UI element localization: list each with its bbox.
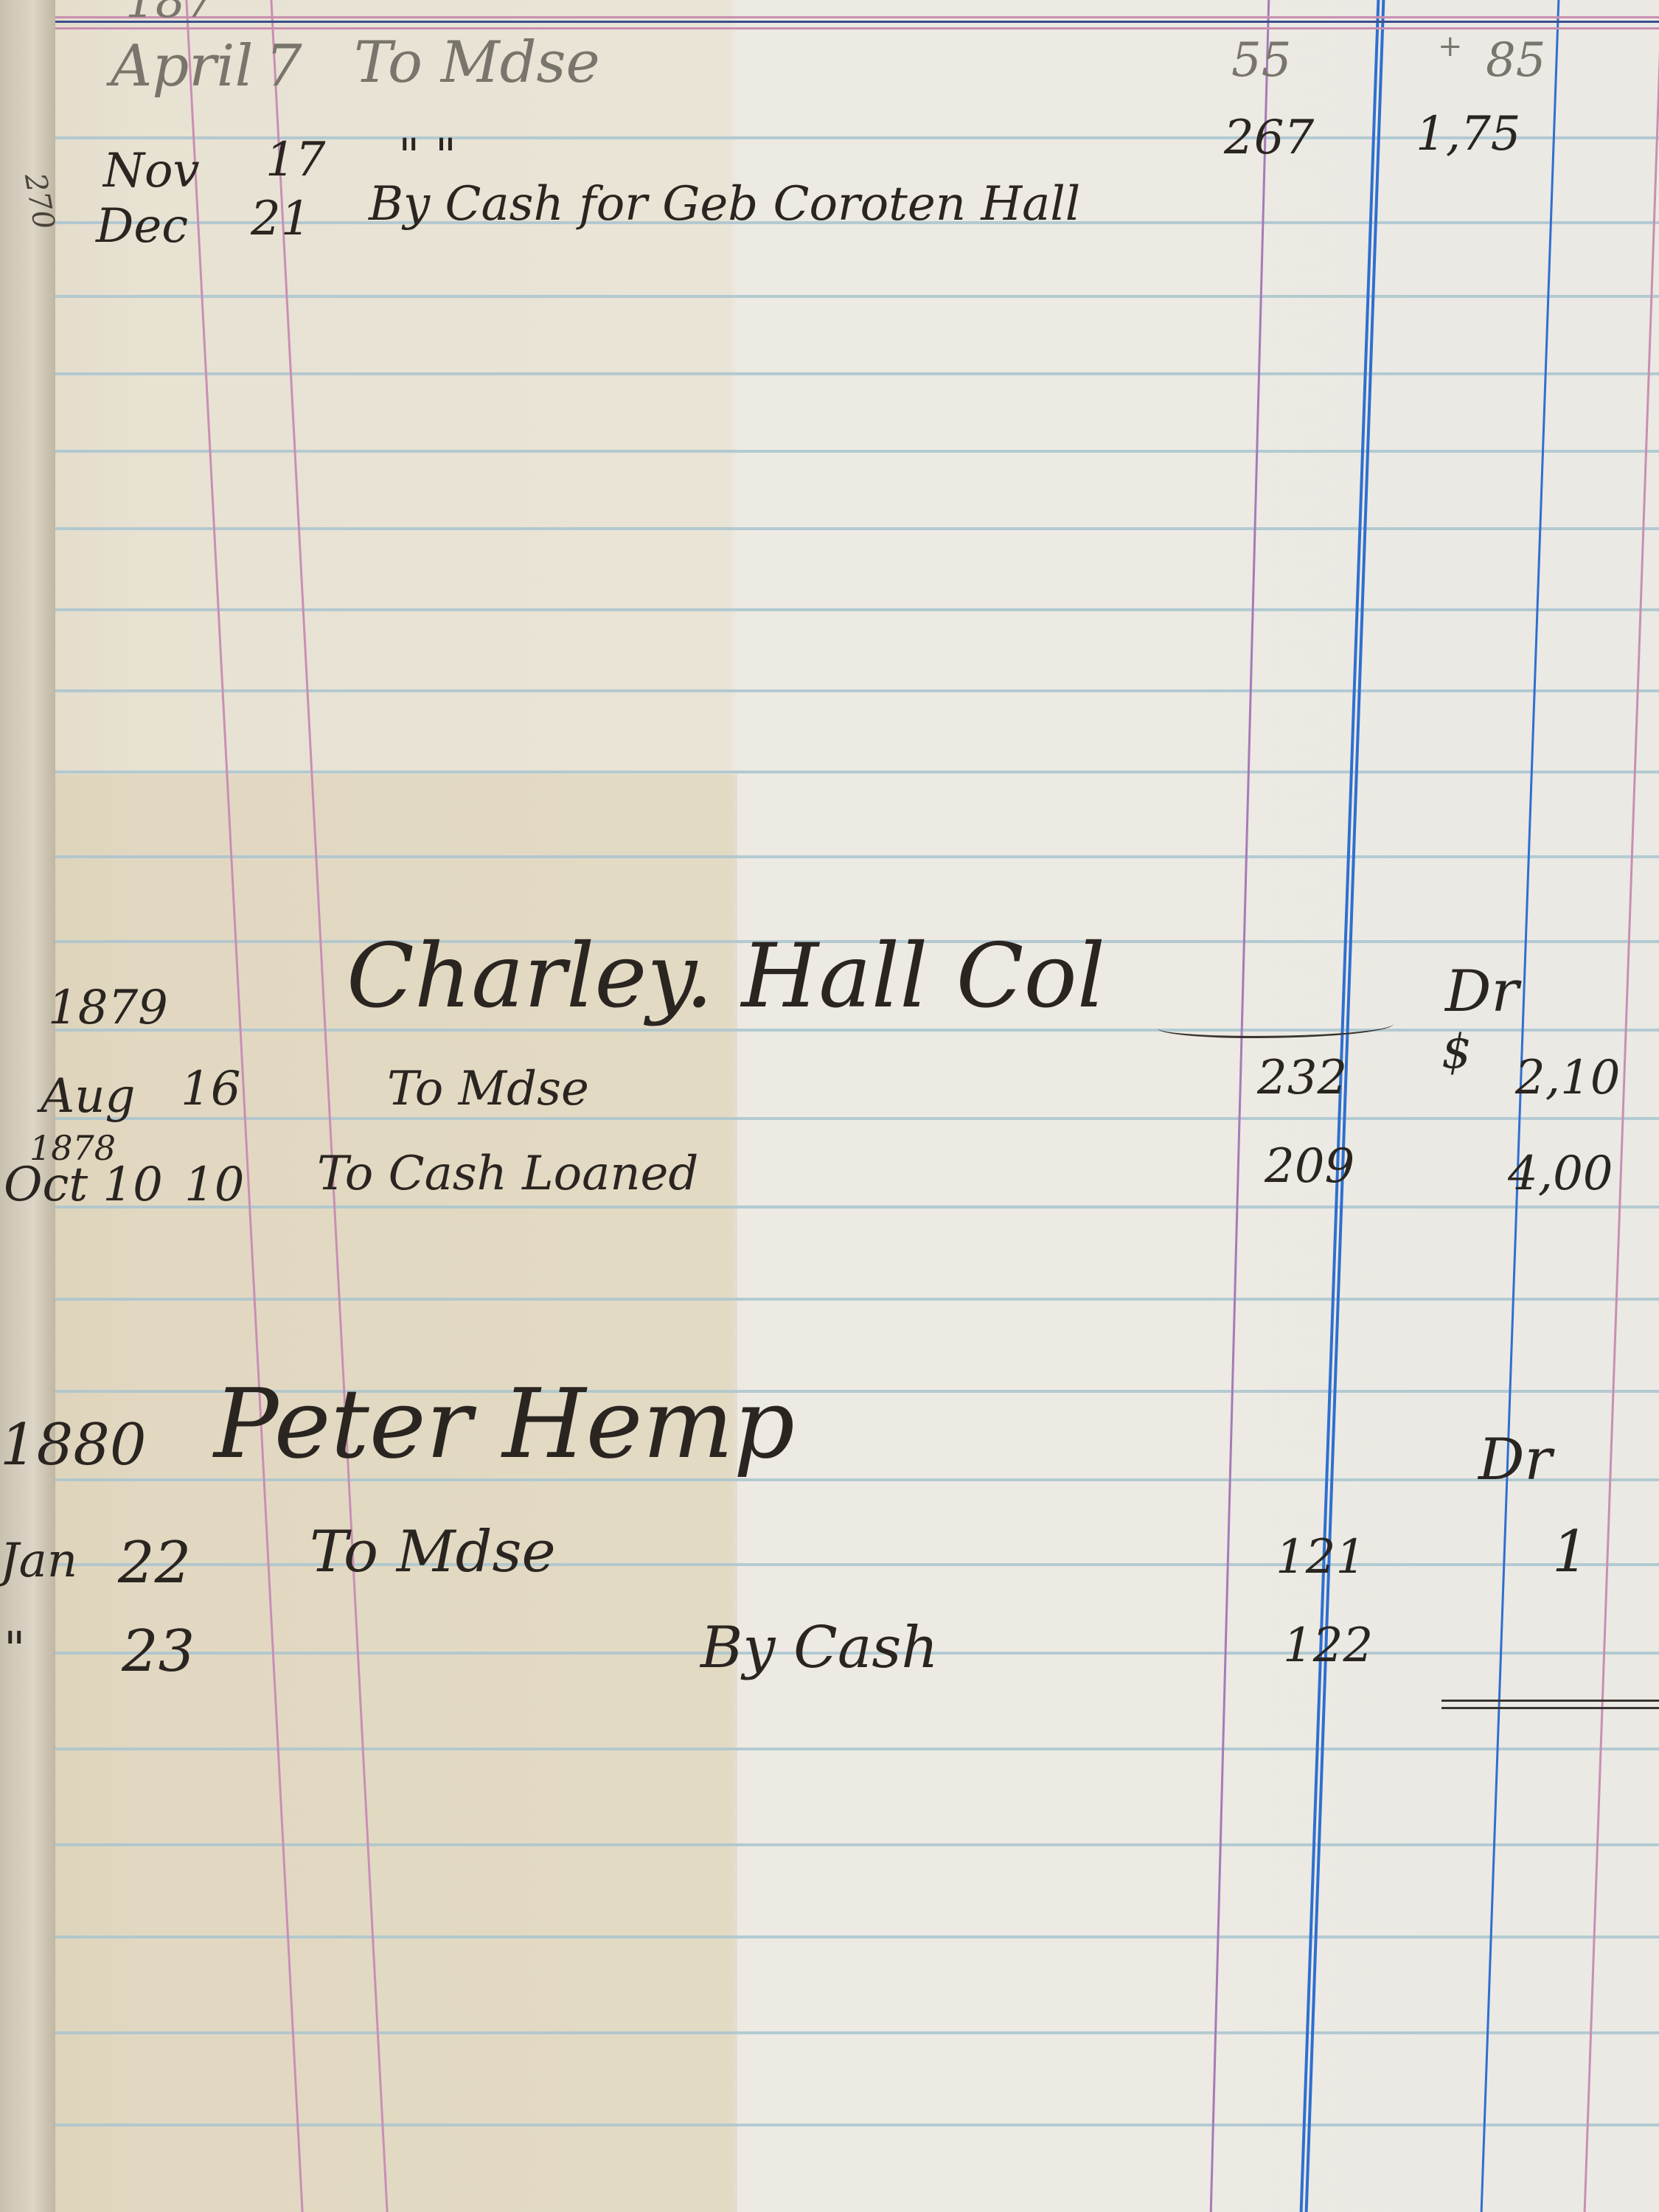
entry-description: By Cash bbox=[700, 1615, 939, 1681]
ruled-line bbox=[0, 136, 1659, 139]
cents-column-line bbox=[1481, 0, 1560, 2212]
entry-folio: 55 bbox=[1231, 33, 1291, 88]
entry-day: 16 bbox=[181, 1062, 240, 1116]
ruled-total-line bbox=[1441, 1700, 1659, 1709]
account-side: Dr bbox=[1478, 1427, 1552, 1493]
entry-folio: 209 bbox=[1265, 1139, 1354, 1194]
ruled-line bbox=[0, 771, 1659, 773]
ruled-line bbox=[0, 1563, 1659, 1566]
ruled-line bbox=[0, 2031, 1659, 2034]
account-name: Peter Hemp bbox=[214, 1368, 795, 1480]
entry-month: Dec bbox=[96, 199, 188, 254]
currency-mark: $ bbox=[1441, 1025, 1472, 1079]
amount-column-line bbox=[1300, 0, 1380, 2212]
ruled-line bbox=[0, 527, 1659, 530]
ruled-line bbox=[0, 855, 1659, 858]
entry-description: To Mdse bbox=[310, 1519, 556, 1585]
ruled-line bbox=[0, 689, 1659, 692]
account-year: 1879 bbox=[48, 981, 168, 1035]
entry-day: 22 bbox=[118, 1530, 191, 1596]
entry-month: Oct 10 bbox=[4, 1158, 163, 1212]
ruled-line bbox=[0, 1747, 1659, 1750]
entry-folio: 122 bbox=[1283, 1618, 1373, 1673]
account-side: Dr bbox=[1445, 959, 1519, 1025]
entry-amount: 2,10 bbox=[1515, 1051, 1621, 1105]
entry-day: 17 bbox=[265, 133, 325, 187]
right-margin-line bbox=[1584, 0, 1659, 2212]
entry-month: Nov bbox=[103, 144, 200, 198]
account-name: Charley. Hall Col bbox=[347, 925, 1105, 1028]
ruled-line bbox=[0, 1117, 1659, 1120]
entry-description: " " bbox=[398, 129, 456, 184]
folio-column-line bbox=[1210, 0, 1270, 2212]
entry-month: " bbox=[4, 1622, 25, 1677]
entry-description: By Cash for Geb Coroten Hall bbox=[369, 177, 1080, 232]
year-fragment: 187 bbox=[125, 0, 215, 29]
entry-amount: 1 bbox=[1552, 1519, 1589, 1585]
entry-description: To Cash Loaned bbox=[317, 1147, 698, 1201]
entry-amount: 1,75 bbox=[1416, 107, 1521, 161]
entry-description: To Mdse bbox=[387, 1062, 589, 1116]
ruled-line bbox=[0, 1843, 1659, 1846]
entry-description: To Mdse bbox=[354, 29, 600, 96]
header-band bbox=[55, 16, 1659, 29]
entry-month: Aug bbox=[41, 1069, 135, 1124]
name-underline bbox=[1158, 1014, 1394, 1038]
ruled-line bbox=[0, 608, 1659, 611]
entry-day: 21 bbox=[251, 192, 310, 246]
entry-month: Jan bbox=[0, 1534, 77, 1588]
ruled-line bbox=[0, 372, 1659, 375]
check-mark: + bbox=[1438, 29, 1463, 63]
entry-amount: 4,00 bbox=[1508, 1147, 1613, 1201]
entry-amount: 85 bbox=[1486, 33, 1545, 88]
entry-folio: 267 bbox=[1224, 111, 1314, 165]
ruled-line bbox=[0, 295, 1659, 298]
entry-folio: 121 bbox=[1276, 1530, 1366, 1585]
entry-day: 7 bbox=[265, 33, 302, 100]
account-year: 1880 bbox=[0, 1412, 147, 1478]
ruled-line bbox=[0, 2124, 1659, 2126]
ruled-line bbox=[0, 1029, 1659, 1032]
entry-day: 10 bbox=[184, 1158, 244, 1212]
entry-folio: 232 bbox=[1257, 1051, 1347, 1105]
ledger-page: 270 187 April 7 To Mdse 55 + 85 Nov 17 "… bbox=[0, 0, 1659, 2212]
amount-column-line-double bbox=[1305, 0, 1385, 2212]
ruled-line bbox=[0, 450, 1659, 453]
entry-month: April bbox=[111, 33, 253, 100]
entry-day: 23 bbox=[122, 1618, 195, 1685]
ruled-line bbox=[0, 1935, 1659, 1938]
ruled-line bbox=[0, 1298, 1659, 1301]
